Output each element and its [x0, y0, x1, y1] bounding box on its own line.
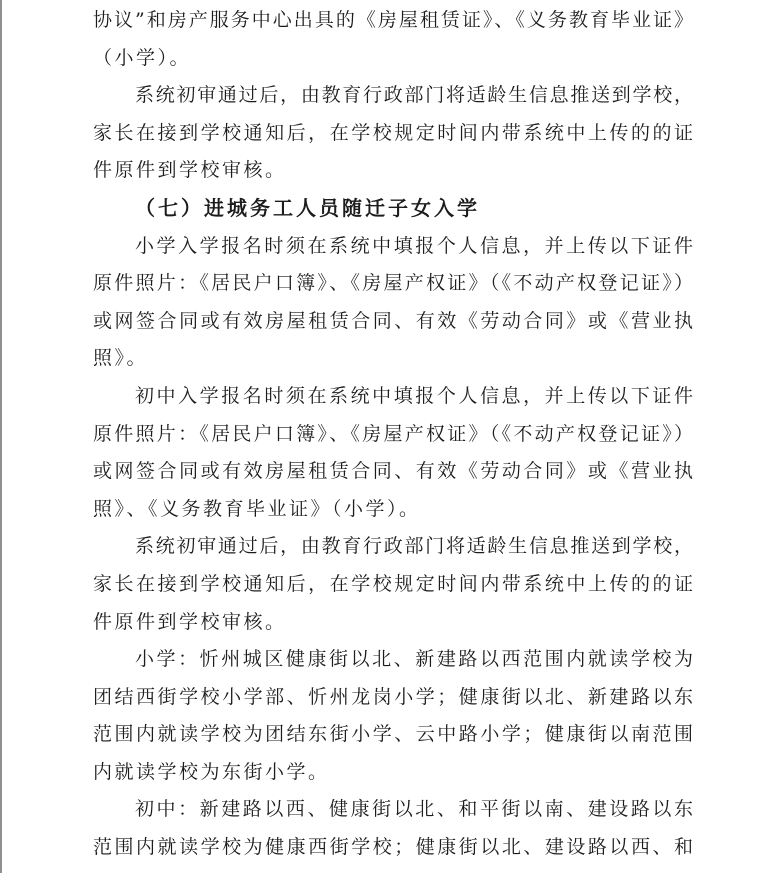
text-line: 原件照片：《居民户口簿》、《房屋产权证》（《不动产权登记证》）	[93, 416, 693, 454]
text-line: 范围内就读学校为团结东街小学、云中路小学；健康街以南范围	[93, 716, 693, 754]
text-line: 内就读学校为东街小学。	[93, 754, 693, 792]
document-page: 协议”和房产服务中心出具的《房屋租赁证》、《义务教育毕业证》 （小学）。 系统初…	[0, 0, 757, 867]
text-line: 家长在接到学校通知后，在学校规定时间内带系统中上传的的证	[93, 115, 693, 153]
page-edge-line	[0, 0, 2, 873]
text-line: 家长在接到学校通知后，在学校规定时间内带系统中上传的的证	[93, 566, 693, 604]
text-line: 件原件到学校审核。	[93, 152, 693, 190]
text-line: 协议”和房产服务中心出具的《房屋租赁证》、《义务教育毕业证》	[93, 2, 693, 40]
text-line: 范围内就读学校为健康西街学校；健康街以北、建设路以西、和	[93, 829, 693, 867]
text-line: 初中入学报名时须在系统中填报个人信息，并上传以下证件	[93, 378, 693, 416]
text-line: 件原件到学校审核。	[93, 604, 693, 642]
text-line: 小学：忻州城区健康街以北、新建路以西范围内就读学校为	[93, 641, 693, 679]
text-line: 照》、《义务教育毕业证》（小学）。	[93, 491, 693, 529]
text-line: 小学入学报名时须在系统中填报个人信息，并上传以下证件	[93, 228, 693, 266]
text-line: （小学）。	[93, 40, 693, 78]
text-line: 或网签合同或有效房屋租赁合同、有效《劳动合同》或《营业执	[93, 453, 693, 491]
text-line: 系统初审通过后，由教育行政部门将适龄生信息推送到学校，	[93, 77, 693, 115]
text-line: 照》。	[93, 340, 693, 378]
text-line: 初中：新建路以西、健康街以北、和平街以南、建设路以东	[93, 791, 693, 829]
text-line: 系统初审通过后，由教育行政部门将适龄生信息推送到学校，	[93, 528, 693, 566]
text-line: 团结西街学校小学部、忻州龙岗小学；健康街以北、新建路以东	[93, 679, 693, 717]
text-line: 原件照片：《居民户口簿》、《房屋产权证》（《不动产权登记证》）	[93, 265, 693, 303]
section-heading: （七）进城务工人员随迁子女入学	[93, 190, 693, 228]
text-line: 或网签合同或有效房屋租赁合同、有效《劳动合同》或《营业执	[93, 303, 693, 341]
